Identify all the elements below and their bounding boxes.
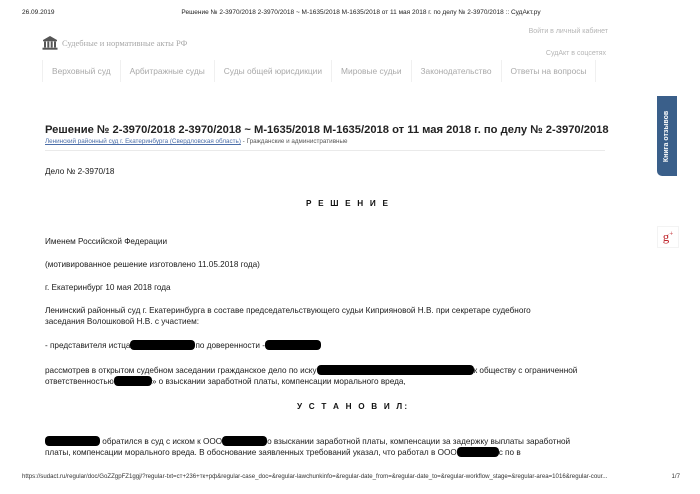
nav-item-faq[interactable]: Ответы на вопросы bbox=[502, 60, 596, 82]
text-segment: ответственностью bbox=[45, 377, 114, 386]
text-segment: по доверенности - bbox=[195, 341, 265, 350]
text-segment: рассмотрев в открытом судебном заседании… bbox=[45, 366, 317, 375]
main-nav: Верховный суд Арбитражные суды Суды обще… bbox=[42, 60, 596, 82]
nav-item-general-courts[interactable]: Суды общей юрисдикции bbox=[215, 60, 332, 82]
text-segment: » о взыскании заработной платы, компенса… bbox=[152, 377, 406, 386]
in-name-line: Именем Российской Федерации bbox=[45, 236, 167, 247]
paragraph-2: - представителя истцапо доверенности - bbox=[45, 340, 321, 351]
text-segment: с по в bbox=[499, 448, 521, 457]
text-segment: к обществу с ограниченной bbox=[474, 366, 578, 375]
paragraph-1-line-2: заседания Волошковой Н.В. с участием: bbox=[45, 316, 531, 327]
paragraph-4: обратился в суд с иском к ОООо взыскании… bbox=[45, 436, 570, 458]
redacted-block bbox=[130, 340, 195, 350]
google-plus-icon: g+ bbox=[663, 229, 673, 245]
case-number: Дело № 2-3970/18 bbox=[45, 166, 114, 177]
text-segment: платы, компенсации морального вреда. В о… bbox=[45, 448, 457, 457]
feedback-book-button[interactable]: Книга отзывов bbox=[657, 96, 677, 176]
redacted-block bbox=[222, 436, 267, 446]
google-plus-button[interactable]: g+ bbox=[657, 226, 679, 248]
feedback-label: Книга отзывов bbox=[664, 110, 671, 161]
print-page-title: Решение № 2-3970/2018 2-3970/2018 ~ М-16… bbox=[0, 9, 700, 16]
site-logo[interactable]: Судебные и нормативные акты РФ bbox=[42, 36, 187, 50]
social-link[interactable]: СудАкт в соцсетях bbox=[546, 50, 606, 57]
text-segment: о взыскании заработной платы, компенсаци… bbox=[267, 437, 570, 446]
court-link[interactable]: Ленинский районный суд г. Екатеринбурга … bbox=[45, 138, 241, 145]
paragraph-3: рассмотрев в открытом судебном заседании… bbox=[45, 365, 577, 387]
paragraph-1: Ленинский районный суд г. Екатеринбурга … bbox=[45, 305, 531, 327]
redacted-block bbox=[457, 447, 499, 457]
decision-heading: Р Е Ш Е Н И Е bbox=[306, 199, 390, 208]
divider bbox=[45, 150, 605, 151]
page-number: 1/7 bbox=[672, 473, 680, 480]
footer-url: https://sudact.ru/regular/doc/GoZZgpFZ1g… bbox=[22, 473, 607, 480]
text-segment: - представителя истца bbox=[45, 341, 130, 350]
redacted-block bbox=[317, 365, 474, 375]
courthouse-icon bbox=[42, 36, 58, 50]
nav-item-arbitration-courts[interactable]: Арбитражные суды bbox=[121, 60, 215, 82]
nav-item-magistrates[interactable]: Мировые судьи bbox=[332, 60, 411, 82]
logo-text: Судебные и нормативные акты РФ bbox=[62, 38, 187, 48]
redacted-block bbox=[265, 340, 321, 350]
nav-item-legislation[interactable]: Законодательство bbox=[412, 60, 502, 82]
established-heading: У С Т А Н О В И Л: bbox=[297, 402, 409, 411]
login-link[interactable]: Войти в личный кабинет bbox=[529, 28, 608, 35]
text-segment: обратился в суд с иском к ООО bbox=[102, 437, 222, 446]
paragraph-1-line-1: Ленинский районный суд г. Екатеринбурга … bbox=[45, 305, 531, 316]
breadcrumb: Ленинский районный суд г. Екатеринбурга … bbox=[45, 138, 348, 145]
category-label: - Гражданские и административные bbox=[241, 138, 348, 145]
nav-item-supreme-court[interactable]: Верховный суд bbox=[43, 60, 121, 82]
place-date-line: г. Екатеринбург 10 мая 2018 года bbox=[45, 282, 171, 293]
redacted-block bbox=[45, 436, 100, 446]
motivated-line: (мотивированное решение изготовлено 11.0… bbox=[45, 259, 260, 270]
document-title: Решение № 2-3970/2018 2-3970/2018 ~ М-16… bbox=[45, 124, 609, 136]
redacted-block bbox=[114, 376, 152, 386]
